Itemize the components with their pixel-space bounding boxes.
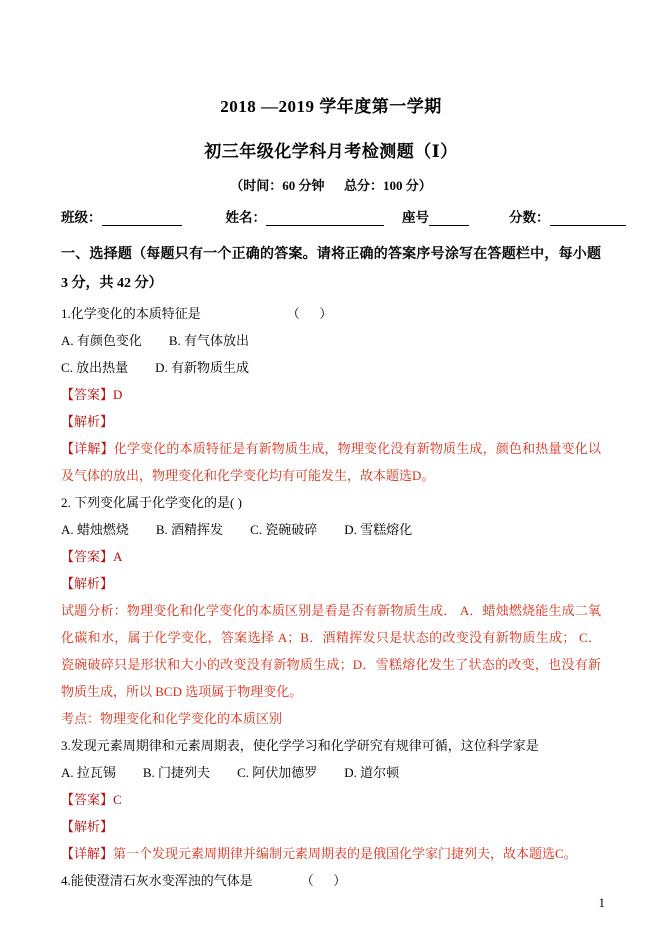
- question-3-detail-text: 第一个发现元素周期律并编制元素周期表的是俄国化学家门捷列夫，故本题选C。: [113, 846, 577, 861]
- seat-label: 座号: [402, 206, 429, 226]
- question-2-exam-point-line: 考点：物理变化和化学变化的本质区别: [61, 705, 601, 732]
- answer-marker: 【答案】: [61, 792, 113, 807]
- question-1-analysis-marker-line: 【解析】: [61, 408, 601, 435]
- class-label: 班级：: [61, 206, 102, 226]
- question-3-option-a: A. 拉瓦锡: [61, 765, 116, 780]
- score-blank-line: [550, 210, 626, 226]
- question-3-stem: 3.发现元素周期律和元素周期表，使化学学习和化学研究有规律可循，这位科学家是: [61, 732, 601, 759]
- question-3-option-b: B. 门捷列夫: [143, 765, 210, 780]
- question-2-answer-line: 【答案】A: [61, 543, 601, 570]
- question-1-option-b: B. 有气体放出: [169, 333, 249, 348]
- question-2-analysis-text: 试题分析：物理变化和化学变化的本质区别是看是否有新物质生成． A．蜡烛燃烧能生成…: [61, 597, 601, 705]
- exam-title-line1: 2018 —2019 学年度第一学期: [61, 92, 601, 117]
- question-1-answer-line: 【答案】D: [61, 381, 601, 408]
- question-2-option-c: C. 瓷碗破碎: [250, 522, 317, 537]
- answer-marker: 【答案】: [61, 387, 113, 402]
- question-2-option-d: D. 雪糕熔化: [344, 522, 412, 537]
- question-3-answer-line: 【答案】C: [61, 786, 601, 813]
- seat-blank-line: [429, 210, 469, 226]
- seat-field: 座号: [402, 206, 469, 226]
- question-1-stem-line: 1.化学变化的本质特征是（ ）: [61, 300, 601, 327]
- question-1-detail-line: 【详解】化学变化的本质特征是有新物质生成，物理变化没有新物质生成，颜色和热量变化…: [61, 435, 601, 489]
- name-field: 姓名：: [226, 206, 385, 226]
- detail-marker: 【详解】: [61, 846, 113, 861]
- detail-marker: 【详解】: [61, 441, 114, 456]
- question-2-option-b: B. 酒精挥发: [156, 522, 223, 537]
- question-2-stem: 2. 下列变化属于化学变化的是( ): [61, 489, 601, 516]
- page-number: 1: [599, 895, 606, 911]
- name-blank-line: [266, 210, 384, 226]
- question-3-analysis-marker-line: 【解析】: [61, 813, 601, 840]
- question-1-option-c: C. 放出热量: [61, 360, 128, 375]
- question-2-option-a: A. 蜡烛燃烧: [61, 522, 129, 537]
- question-2-answer-value: A: [113, 549, 122, 564]
- class-blank-line: [102, 210, 182, 226]
- question-3-detail-line: 【详解】第一个发现元素周期律并编制元素周期表的是俄国化学家门捷列夫，故本题选C。: [61, 840, 601, 867]
- score-label: 分数：: [509, 206, 550, 226]
- name-label: 姓名：: [226, 206, 267, 226]
- question-3-option-c: C. 阿伏加德罗: [237, 765, 317, 780]
- student-info-row: 班级： 姓名： 座号 分数：: [61, 206, 601, 226]
- exam-document-page: 2018 —2019 学年度第一学期 初三年级化学科月考检测题（Ⅰ） （时间：6…: [0, 0, 661, 935]
- class-field: 班级：: [61, 206, 182, 226]
- question-3-answer-value: C: [113, 792, 122, 807]
- exam-meta-time-score: （时间：60 分钟 总分：100 分）: [61, 175, 601, 194]
- question-2-analysis-marker-line: 【解析】: [61, 570, 601, 597]
- question-1-options-row-2: C. 放出热量D. 有新物质生成: [61, 354, 601, 381]
- exam-title-line2: 初三年级化学科月考检测题（Ⅰ）: [61, 137, 601, 162]
- answer-marker: 【答案】: [61, 549, 113, 564]
- score-field: 分数：: [509, 206, 626, 226]
- question-2-options-row: A. 蜡烛燃烧B. 酒精挥发C. 瓷碗破碎D. 雪糕熔化: [61, 516, 601, 543]
- question-3-option-d: D. 道尔顿: [344, 765, 399, 780]
- question-1-stem: 1.化学变化的本质特征是: [61, 306, 201, 321]
- question-1-options-row-1: A. 有颜色变化B. 有气体放出: [61, 327, 601, 354]
- question-3-options-row: A. 拉瓦锡B. 门捷列夫C. 阿伏加德罗D. 道尔顿: [61, 759, 601, 786]
- question-4-stem: 4.能使澄清石灰水变浑浊的气体是: [61, 873, 253, 888]
- question-1-option-a: A. 有颜色变化: [61, 333, 142, 348]
- section-heading-choice-questions: 一、选择题（每题只有一个正确的答案。请将正确的答案序号涂写在答题栏中，每小题 3…: [61, 240, 601, 298]
- question-1-answer-bracket: （ ）: [287, 306, 333, 321]
- question-4-stem-line: 4.能使澄清石灰水变浑浊的气体是（ ）: [61, 867, 601, 894]
- question-1-option-d: D. 有新物质生成: [155, 360, 249, 375]
- question-1-answer-value: D: [113, 387, 122, 402]
- question-4-answer-bracket: （ ）: [301, 873, 347, 888]
- question-1-detail-text: 化学变化的本质特征是有新物质生成，物理变化没有新物质生成，颜色和热量变化以及气体…: [61, 441, 601, 483]
